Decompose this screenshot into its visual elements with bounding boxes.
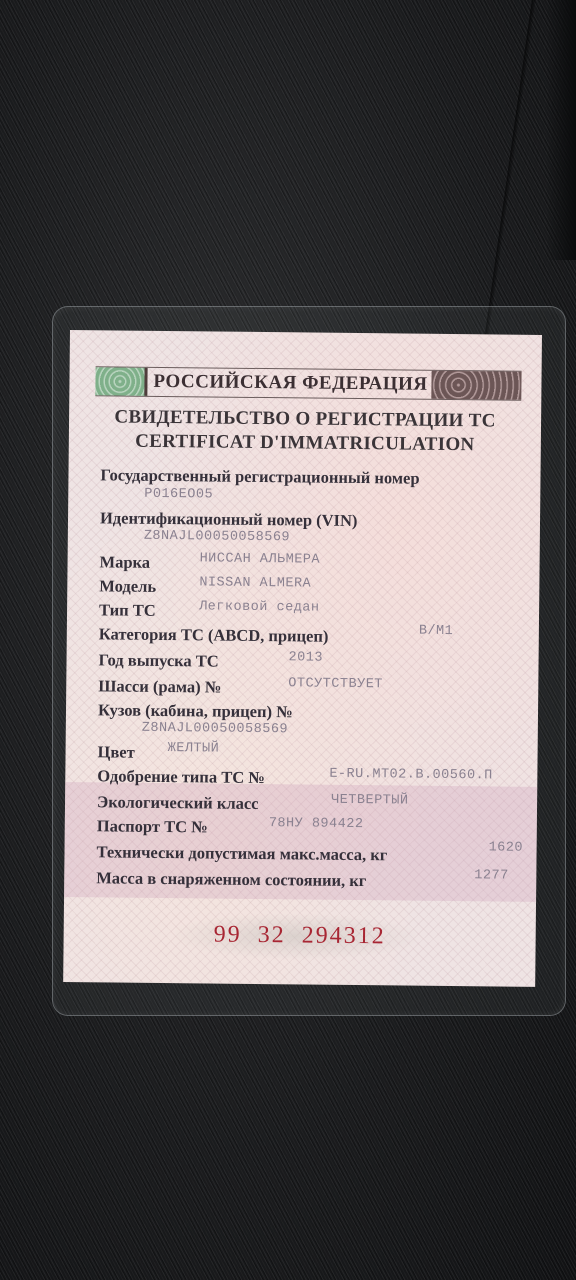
color-value: ЖЕЛТЫЙ [168, 741, 220, 757]
curb-mass-value: 1277 [474, 868, 509, 883]
body-label: Кузов (кабина, прицеп) № [98, 700, 293, 722]
registration-certificate-card: РОССИЙСКАЯ ФЕДЕРАЦИЯ СВИДЕТЕЛЬСТВО О РЕГ… [63, 330, 542, 987]
passport-value: 78НУ 894422 [269, 816, 364, 832]
max-mass-label: Технически допустимая макс.масса, кг [96, 842, 387, 865]
color-label: Цвет [97, 742, 134, 762]
max-mass-value: 1620 [489, 840, 524, 855]
vin-value: Z8NAJL00050058569 [144, 529, 290, 546]
green-ornament-icon [95, 367, 147, 396]
type-approval-value: E-RU.MT02.B.00560.П [329, 767, 493, 784]
make-label: Марка [99, 552, 150, 573]
year-label: Год выпуска ТС [98, 650, 218, 671]
type-value: Легковой седан [199, 599, 320, 615]
curb-mass-label: Масса в снаряженном состоянии, кг [96, 868, 366, 891]
passport-label: Паспорт ТС № [97, 816, 208, 837]
category-value: B/M1 [419, 624, 454, 639]
fabric-seam [484, 0, 536, 340]
type-label: Тип ТС [99, 600, 156, 621]
vin-label: Идентификационный номер (VIN) [100, 508, 358, 531]
brown-ornament-icon [431, 371, 521, 400]
year-value: 2013 [289, 650, 324, 665]
reg-number-value: Р016ЕО05 [144, 487, 213, 503]
model-value: NISSAN ALMERA [199, 575, 311, 591]
fabric-shadow [546, 0, 576, 260]
reg-number-label: Государственный регистрационный номер [100, 465, 419, 488]
serial-number: 99 32 294312 [64, 920, 536, 952]
chassis-value: ОТСУТСТВУЕТ [288, 676, 383, 692]
body-value: Z8NAJL00050058569 [142, 721, 288, 738]
country-name: РОССИЙСКАЯ ФЕДЕРАЦИЯ [147, 371, 427, 396]
document-title-ru: СВИДЕТЕЛЬСТВО О РЕГИСТРАЦИИ ТС [69, 406, 541, 433]
eco-class-label: Экологический класс [97, 792, 259, 814]
category-label: Категория ТС (ABCD, прицеп) [99, 624, 329, 646]
model-label: Модель [99, 576, 156, 597]
type-approval-label: Одобрение типа ТС № [97, 766, 265, 788]
document-title-fr: CERTIFICAT D'IMMATRICULATION [69, 430, 541, 457]
chassis-label: Шасси (рама) № [98, 676, 221, 697]
make-value: НИССАН АЛЬМЕРА [200, 551, 321, 567]
country-header: РОССИЙСКАЯ ФЕДЕРАЦИЯ [95, 366, 521, 400]
eco-class-value: ЧЕТВЕРТЫЙ [331, 793, 409, 809]
